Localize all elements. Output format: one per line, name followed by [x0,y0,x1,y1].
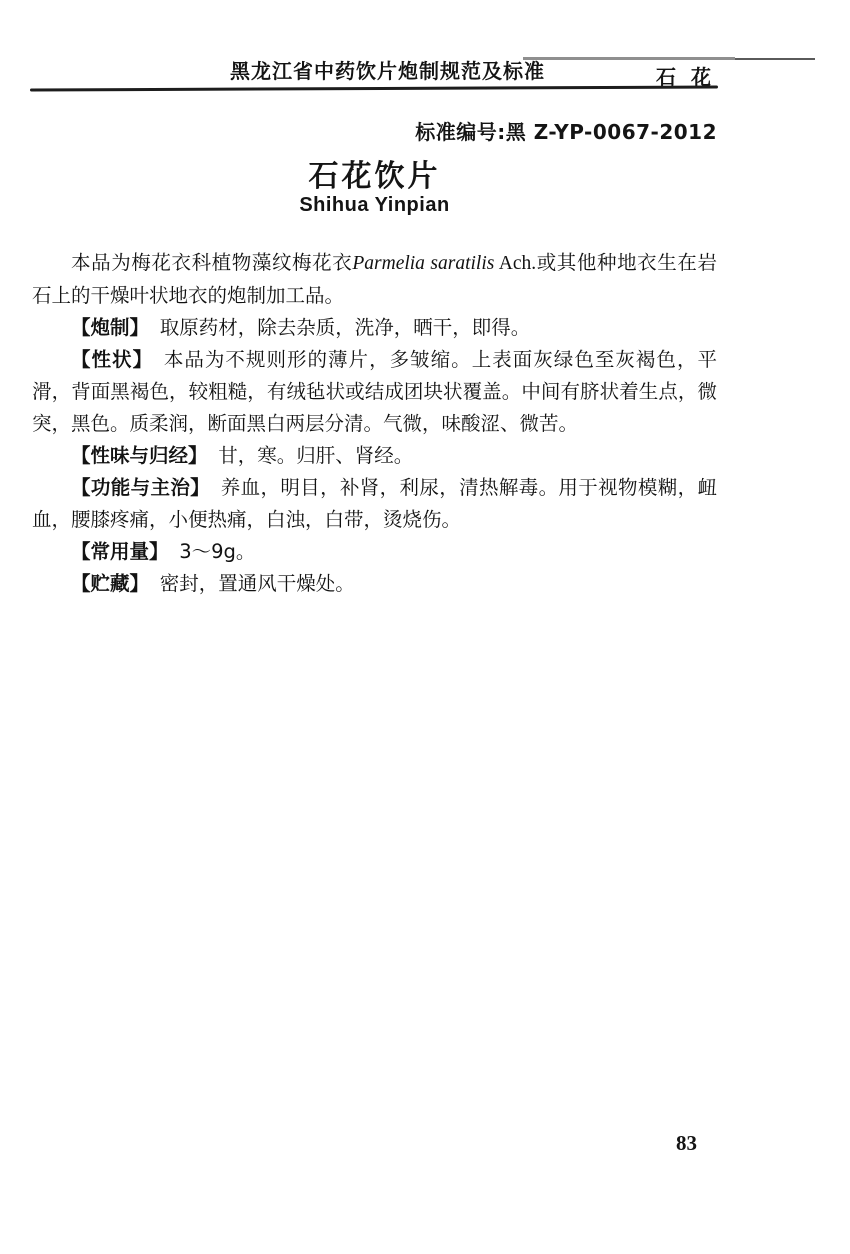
page-number: 83 [676,1131,697,1156]
intro-text-pre: 本品为梅花衣科植物藻纹梅花衣 [71,251,352,274]
header-book-title: 黑龙江省中药饮片炮制规范及标准 [230,55,545,84]
page-title-pinyin: Shihua Yinpian [32,194,717,217]
standard-number: 标准编号:黑 Z-YP-0067-2012 [32,116,717,145]
section-changyongliang: 【常用量】3～9g。 [32,536,717,568]
section-gongneng-zhuzhi: 【功能与主治】养血，明目，补肾，利尿，清热解毒。用于视物模糊，衄血，腰膝疼痛，小… [32,472,717,536]
section-xingzhuang-label: 【性状】 [71,348,153,371]
header-gray-rule [523,57,735,60]
page-title: 石花饮片 [32,151,717,195]
document-page: 黑龙江省中药饮片炮制规范及标准 石 花 标准编号:黑 Z-YP-0067-201… [0,0,850,1254]
section-zhucang: 【贮藏】密封，置通风干燥处。 [32,568,717,600]
header-thin-rule [735,58,815,60]
section-xingwei-guijing: 【性味与归经】甘，寒。归肝、肾经。 [32,440,717,472]
section-paozhi-label: 【炮制】 [71,316,149,339]
latin-name-author: Ach. [494,253,536,274]
header-divider-rule [30,85,718,91]
section-paozhi-text: 取原药材，除去杂质，洗净，晒干，即得。 [160,316,531,339]
section-gongneng-zhuzhi-label: 【功能与主治】 [71,476,210,499]
intro-paragraph: 本品为梅花衣科植物藻纹梅花衣Parmelia saratilis Ach.或其他… [32,247,717,312]
section-changyongliang-text: 3～9g。 [179,540,255,563]
section-changyongliang-label: 【常用量】 [71,540,169,563]
section-xingwei-guijing-label: 【性味与归经】 [71,444,208,467]
section-xingwei-guijing-text: 甘，寒。归肝、肾经。 [218,444,413,467]
section-zhucang-text: 密封，置通风干燥处。 [160,572,355,595]
section-paozhi: 【炮制】取原药材，除去杂质，洗净，晒干，即得。 [32,312,717,344]
section-xingzhuang: 【性状】本品为不规则形的薄片，多皱缩。上表面灰绿色至灰褐色，平滑，背面黑褐色，较… [32,344,717,440]
latin-name-italic: Parmelia saratilis [352,253,494,274]
section-zhucang-label: 【贮藏】 [71,572,149,595]
body-text: 本品为梅花衣科植物藻纹梅花衣Parmelia saratilis Ach.或其他… [32,247,717,600]
